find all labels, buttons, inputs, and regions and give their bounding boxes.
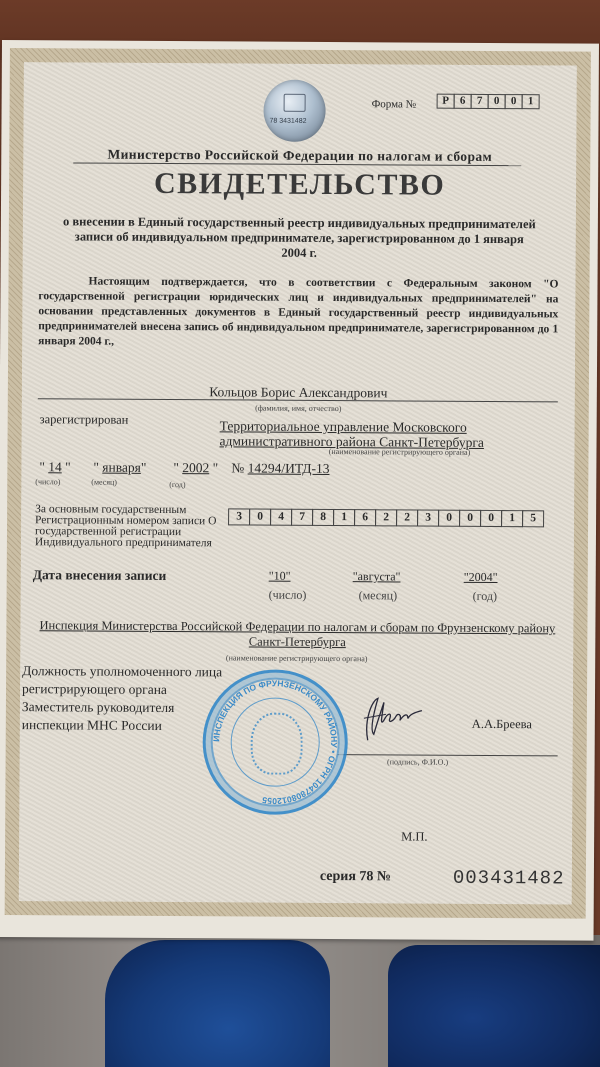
caption-organ: (наименование регистрирующего органа): [259, 447, 539, 458]
signer-name: А.А.Бреева: [472, 717, 532, 732]
ogrn-digit: 0: [480, 510, 502, 527]
caption-month: (месяц): [91, 478, 117, 487]
entry-caption-month: (месяц): [359, 588, 398, 603]
reg-month: января: [102, 460, 141, 475]
reg-year: 2002: [182, 460, 209, 475]
official-position: Должность уполномоченного лица регистрир…: [22, 662, 222, 735]
ogrn-digit: 7: [291, 509, 313, 526]
seal-place-label: М.П.: [401, 829, 427, 844]
inspection-name: Инспекция Министерства Российской Федера…: [32, 618, 562, 651]
reg-number: 14294/ИТД-13: [248, 461, 330, 476]
form-code-char: 1: [522, 94, 540, 109]
form-code-char: 6: [454, 94, 472, 109]
ogrn-digit: 1: [333, 509, 355, 526]
form-code-char: 0: [488, 94, 506, 109]
ogrn-digit: 5: [522, 510, 544, 527]
ogrn-digit: 0: [438, 510, 460, 527]
blue-chair-left: [105, 940, 330, 1067]
registering-organ: Территориальное управление Московского а…: [220, 418, 540, 450]
series-label: серия 78 №: [320, 869, 391, 885]
ogrn-digit-boxes: 3 0 4 7 8 1 6 2 2 3 0 0 0 1 5: [229, 508, 544, 527]
entry-date-label: Дата внесения записи: [33, 567, 167, 584]
form-number-label: Форма №: [372, 98, 417, 110]
ogrn-digit: 1: [501, 510, 523, 527]
document-subtitle: о внесении в Единый государственный реес…: [61, 214, 538, 262]
caption-signature: (подпись, Ф.И.О.): [368, 757, 468, 767]
signature-icon: [356, 690, 426, 750]
form-code-char: 0: [505, 94, 523, 109]
signature-line: [338, 754, 558, 756]
ogrn-digit: 0: [249, 509, 271, 526]
ogrn-digit: 2: [375, 509, 397, 526]
position-line: Заместитель руководителя: [22, 698, 222, 717]
entry-day: "10": [269, 569, 291, 584]
position-line: Должность уполномоченного лица: [22, 662, 222, 681]
ogrn-label: За основным государственным Регистрацион…: [35, 504, 255, 549]
ogrn-digit: 2: [396, 509, 418, 526]
ogrn-digit: 6: [354, 509, 376, 526]
form-number-boxes: Р 6 7 0 0 1: [438, 94, 540, 110]
entry-month: "августа": [353, 569, 401, 584]
document-title: СВИДЕТЕЛЬСТВО: [1, 166, 598, 204]
entry-caption-day: (число): [269, 588, 307, 603]
reg-number-label: №: [231, 460, 244, 475]
body-paragraph: Настоящим подтверждается, что в соответс…: [38, 274, 558, 352]
ogrn-digit: 4: [270, 509, 292, 526]
ogrn-digit: 0: [459, 510, 481, 527]
ogrn-digit: 8: [312, 509, 334, 526]
series-number: 003431482: [453, 867, 565, 890]
official-stamp-icon: ИНСПЕКЦИЯ ПО ФРУНЗЕНСКОМУ РАЙОНУ • ОГРН …: [202, 669, 348, 815]
emblem-icon: [284, 94, 306, 112]
form-code-char: Р: [437, 94, 455, 109]
position-line: регистрирующего органа: [22, 680, 222, 699]
entry-caption-year: (год): [473, 589, 497, 604]
position-line: инспекции МНС России: [22, 716, 222, 735]
caption-day: (число): [35, 477, 60, 486]
entry-year: "2004": [464, 570, 498, 585]
coat-of-arms-icon: [251, 713, 303, 775]
form-code-char: 7: [471, 94, 489, 109]
ogrn-digit: 3: [417, 510, 439, 527]
hologram-sticker: 78 3431482: [263, 80, 325, 142]
reg-day: 14: [48, 459, 62, 474]
ogrn-digit: 3: [228, 508, 250, 525]
registered-label: зарегистрирован: [40, 412, 129, 428]
hologram-number: 78 3431482: [269, 118, 306, 125]
certificate-document: 78 3431482 Форма № Р 6 7 0 0 1 Министерс…: [0, 40, 599, 941]
caption-year: (год): [169, 480, 185, 489]
blue-chair-right: [388, 945, 600, 1067]
